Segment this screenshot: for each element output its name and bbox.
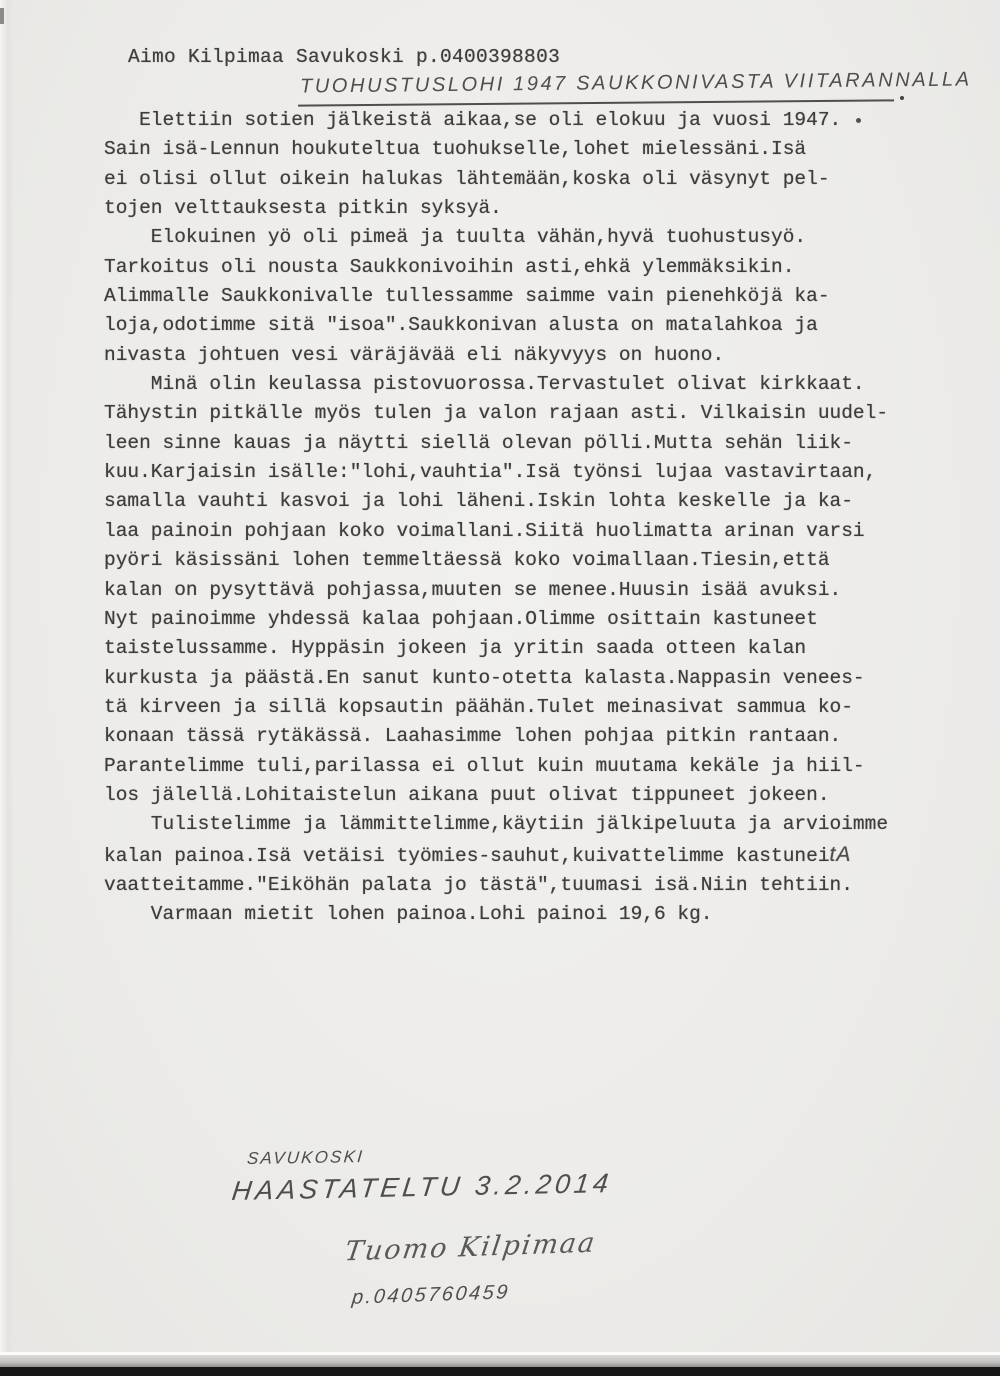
typed-line: laa painoin pohjaan koko voimallani.Siit… bbox=[104, 517, 964, 546]
typed-line: vaatteitamme."Eiköhän palata jo tästä",t… bbox=[104, 871, 964, 900]
typed-line: Tarkoitus oli nousta Saukkonivoihin asti… bbox=[104, 253, 964, 282]
typed-line: tä kirveen ja sillä kopsautin päähän.Tul… bbox=[104, 693, 964, 722]
typed-line: pyöri käsissäni lohen temmeltäessä koko … bbox=[104, 546, 964, 575]
typed-line: samalla vauhti kasvoi ja lohi läheni.Isk… bbox=[104, 487, 964, 516]
typed-line: Minä olin keulassa pistovuorossa.Tervast… bbox=[104, 370, 964, 399]
typed-line: los jälellä.Lohitaistelun aikana puut ol… bbox=[104, 781, 964, 810]
typed-line: kurkusta ja päästä.En sanut kunto-otetta… bbox=[104, 664, 964, 693]
paper-edge-shadow bbox=[0, 1355, 1000, 1367]
typed-line: Tulistelimme ja lämmittelimme,käytiin jä… bbox=[104, 810, 964, 839]
typed-line: taistelussamme. Hyppäsin jokeen ja yriti… bbox=[104, 634, 964, 663]
handwritten-interview-date: HAASTATELTU 3.2.2014 bbox=[230, 1168, 614, 1207]
header-contact-line: Aimo Kilpimaa Savukoski p.0400398803 bbox=[128, 46, 560, 68]
typed-line: Elettiin sotien jälkeistä aikaa,se oli e… bbox=[104, 106, 964, 135]
handwritten-phone-number: p.0405760459 bbox=[351, 1281, 511, 1310]
handwritten-correction: tA bbox=[830, 843, 852, 866]
typed-line: Sain isä-Lennun houkuteltua tuohukselle,… bbox=[104, 135, 964, 164]
typed-line: ei olisi ollut oikein halukas lähtemään,… bbox=[104, 165, 964, 194]
typed-line: kalan on pysyttävä pohjassa,muuten se me… bbox=[104, 576, 964, 605]
typed-line: Nyt painoimme yhdessä kalaa pohjaan.Olim… bbox=[104, 605, 964, 634]
typed-line: kalan painoa.Isä vetäisi työmies-sauhut,… bbox=[104, 840, 964, 871]
handwritten-signature: Tuomo Kilpimaa bbox=[343, 1228, 598, 1268]
typed-line: Parantelimme tuli,parilassa ei ollut kui… bbox=[104, 752, 964, 781]
typed-line: Alimmalle Saukkonivalle tullessamme saim… bbox=[104, 282, 964, 311]
typed-line: tojen velttauksesta pitkin syksyä. bbox=[104, 194, 964, 223]
typed-body-text: Elettiin sotien jälkeistä aikaa,se oli e… bbox=[104, 106, 964, 930]
typed-line: Varmaan mietit lohen painoa.Lohi painoi … bbox=[104, 900, 964, 929]
typed-line: Tähystin pitkälle myös tulen ja valon ra… bbox=[104, 399, 964, 428]
typed-line: nivasta johtuen vesi väräjävää eli näkyv… bbox=[104, 341, 964, 370]
typed-line: Elokuinen yö oli pimeä ja tuulta vähän,h… bbox=[104, 223, 964, 252]
typed-line: leen sinne kauas ja näytti siellä olevan… bbox=[104, 429, 964, 458]
scanned-document-page: Aimo Kilpimaa Savukoski p.0400398803 TUO… bbox=[0, 0, 1000, 1376]
paper-left-edge-shading bbox=[0, 0, 14, 1376]
typed-line: konaan tässä rytäkässä. Laahasimme lohen… bbox=[104, 722, 964, 751]
typed-line: kuu.Karjaisin isälle:"lohi,vauhtia".Isä … bbox=[104, 458, 964, 487]
scan-artifact-mark bbox=[0, 8, 4, 24]
typed-line: loja,odotimme sitä "isoa".Saukkonivan al… bbox=[104, 311, 964, 340]
pencil-dot bbox=[900, 96, 904, 100]
scanner-background-band bbox=[0, 1367, 1000, 1376]
handwritten-place: SAVUKOSKI bbox=[246, 1147, 365, 1169]
